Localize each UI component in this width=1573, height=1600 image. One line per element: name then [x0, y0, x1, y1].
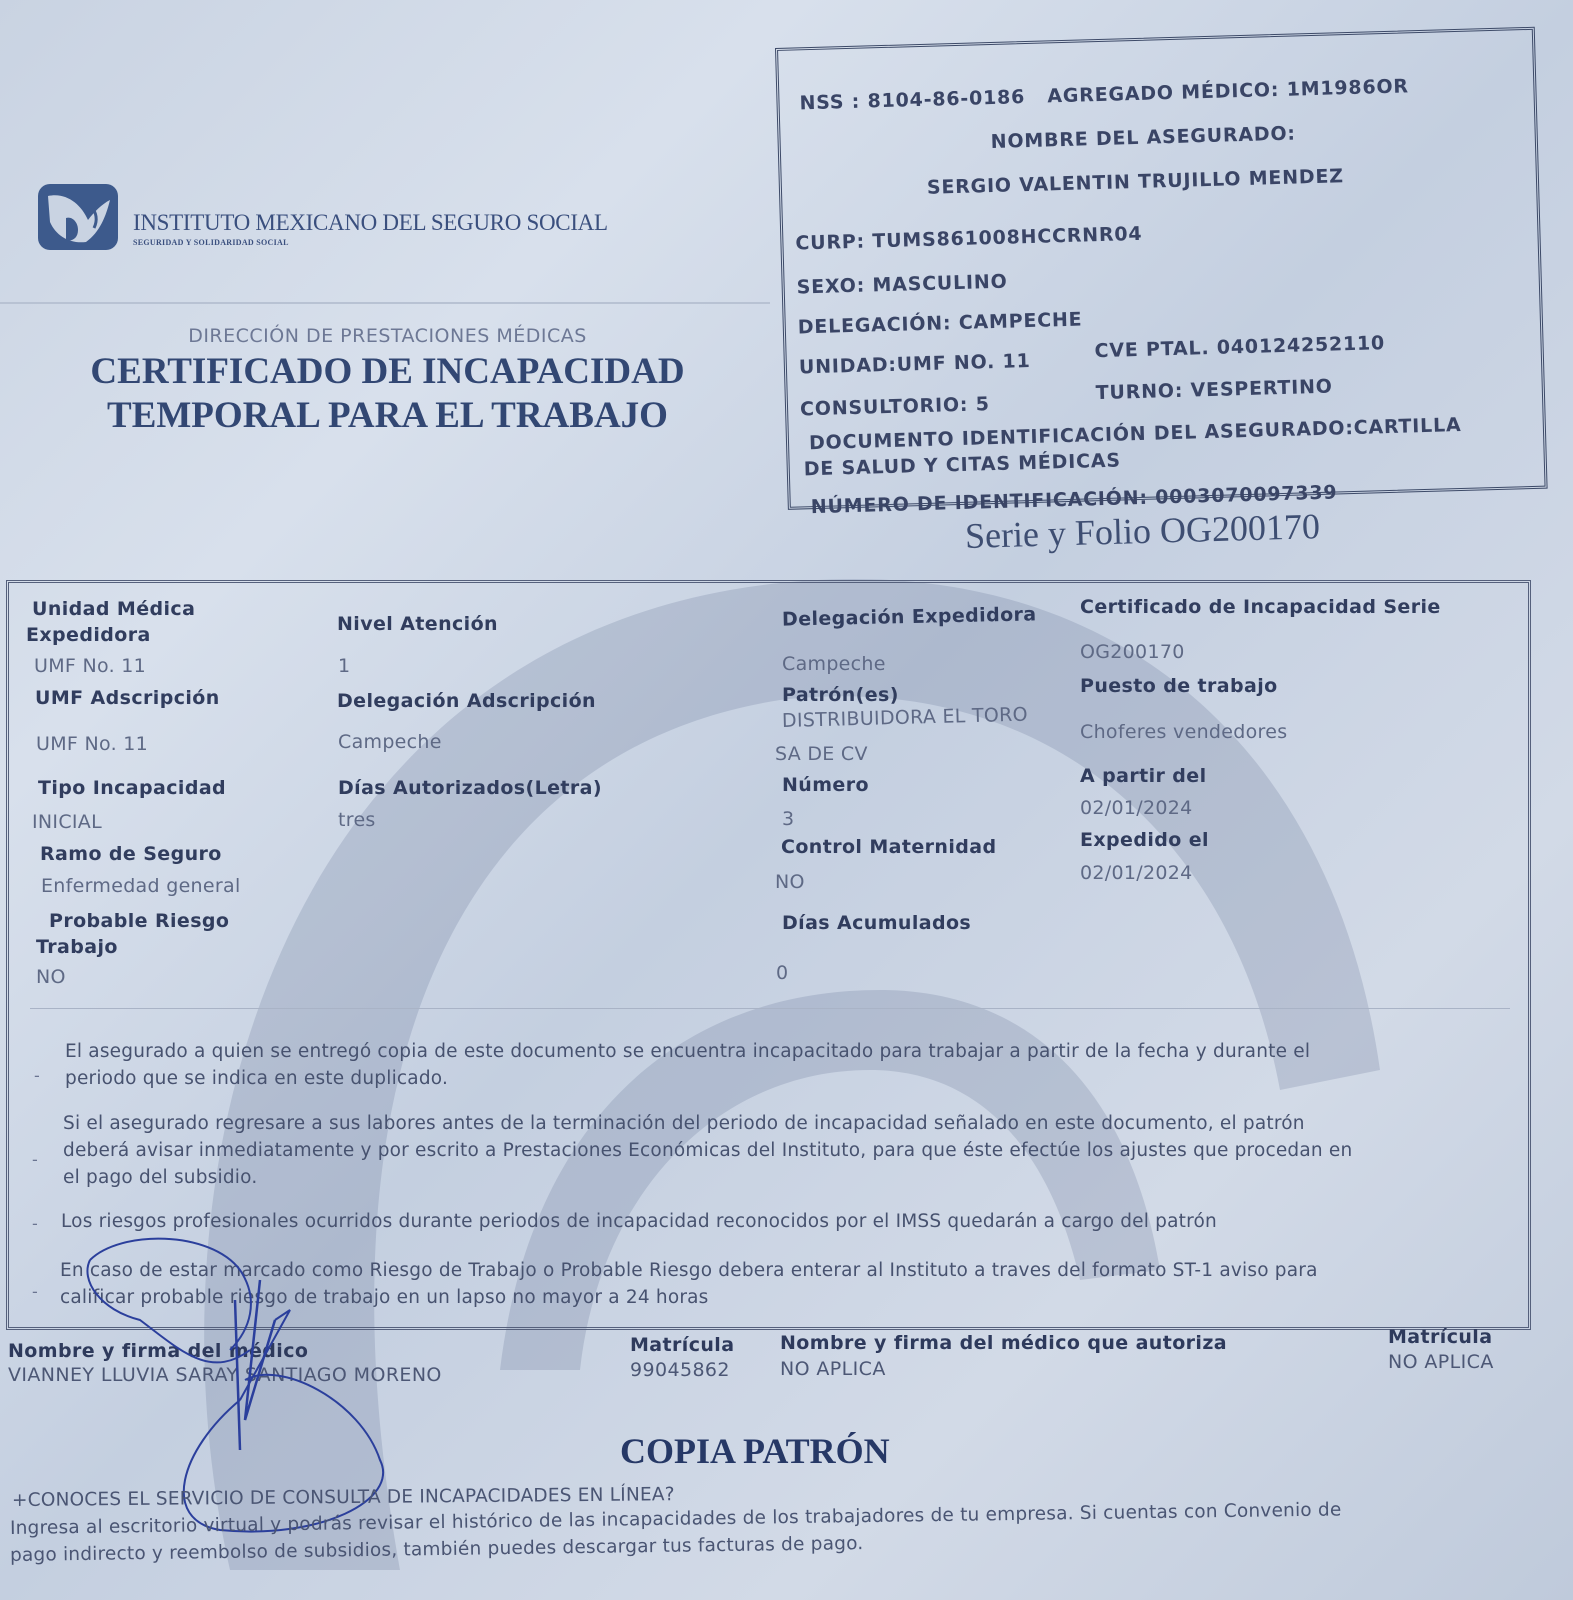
- consultorio-value: 5: [975, 393, 990, 415]
- note-3: Los riesgos profesionales ocurridos dura…: [61, 1208, 1217, 1235]
- nss-value: 8104-86-0186: [867, 86, 1025, 112]
- numero-value: 3: [782, 808, 794, 830]
- certificate-title-line2: TEMPORAL PARA EL TRABAJO: [0, 394, 775, 438]
- note-bullet: -: [32, 1150, 38, 1169]
- unidad-medica-expedidora-label: Unidad Médica Expedidora: [32, 596, 195, 648]
- control-maternidad-value: NO: [775, 871, 805, 893]
- certificate-title-line1: CERTIFICADO DE INCAPACIDAD: [0, 350, 775, 394]
- dias-acumulados-label: Días Acumulados: [782, 912, 971, 934]
- note-2: Si el asegurado regresare a sus labores …: [63, 1110, 1352, 1191]
- curp-row: CURP: TUMS861008HCCRNR04: [795, 223, 1143, 255]
- delegacion-expedidora-value: Campeche: [782, 653, 886, 675]
- direccion-heading: DIRECCIÓN DE PRESTACIONES MÉDICAS: [0, 325, 775, 347]
- nivel-atencion-label: Nivel Atención: [337, 613, 498, 635]
- medico-name: VIANNEY LLUVIA SARAY SANTIAGO MORENO: [8, 1364, 442, 1386]
- note-bullet: -: [32, 1282, 38, 1301]
- note-1: El asegurado a quien se entregó copia de…: [65, 1038, 1310, 1092]
- certificate-title: CERTIFICADO DE INCAPACIDAD TEMPORAL PARA…: [0, 350, 775, 438]
- matricula-label: Matrícula: [630, 1334, 734, 1356]
- tipo-incapacidad-label: Tipo Incapacidad: [38, 777, 226, 799]
- note-4: En caso de estar marcado como Riesgo de …: [60, 1257, 1318, 1311]
- documento-id-line1: DOCUMENTO IDENTIFICACIÓN DEL ASEGURADO:C…: [809, 414, 1462, 454]
- medico-autoriza-label: Nombre y firma del médico que autoriza: [780, 1332, 1227, 1354]
- control-maternidad-label: Control Maternidad: [781, 836, 997, 858]
- curp-value: TUMS861008HCCRNR04: [872, 223, 1143, 253]
- ramo-seguro-value: Enfermedad general: [41, 875, 241, 897]
- consultorio-row: CONSULTORIO: 5: [800, 393, 990, 420]
- ramo-seguro-label: Ramo de Seguro: [40, 843, 222, 865]
- a-partir-del-value: 02/01/2024: [1080, 797, 1193, 819]
- medico-label: Nombre y firma del médico: [8, 1340, 308, 1362]
- a-partir-del-label: A partir del: [1080, 765, 1207, 787]
- patient-info-box: NSS : 8104-86-0186 AGREGADO MÉDICO: 1M19…: [775, 27, 1548, 510]
- unidad-row: UNIDAD:UMF NO. 11: [799, 350, 1031, 378]
- probable-riesgo-value: NO: [36, 966, 66, 988]
- serie-folio: Serie y Folio OG200170: [964, 505, 1320, 557]
- numero-label: Número: [782, 774, 869, 796]
- nivel-atencion-value: 1: [338, 655, 350, 677]
- note-bullet: -: [34, 1066, 40, 1085]
- matricula-autoriza-value: NO APLICA: [1388, 1351, 1494, 1373]
- puesto-trabajo-label: Puesto de trabajo: [1080, 675, 1278, 697]
- delegacion-adscripcion-value: Campeche: [338, 731, 442, 753]
- turno-row: TURNO: VESPERTINO: [1095, 376, 1333, 405]
- matricula-autoriza-label: Matrícula: [1388, 1326, 1492, 1348]
- dias-autorizados-value: tres: [338, 809, 376, 831]
- turno-value: VESPERTINO: [1190, 376, 1333, 402]
- patient-name: SERGIO VALENTIN TRUJILLO MENDEZ: [927, 165, 1344, 199]
- documento-id-line2: DE SALUD Y CITAS MÉDICAS: [803, 450, 1121, 481]
- agregado-value: 1M1986OR: [1286, 75, 1409, 100]
- umf-adscripcion-value: UMF No. 11: [36, 733, 148, 755]
- probable-riesgo-label: Probable Riesgo Trabajo: [36, 908, 229, 960]
- expedido-el-value: 02/01/2024: [1080, 862, 1193, 884]
- delegacion-adscripcion-label: Delegación Adscripción: [337, 690, 596, 712]
- dias-acumulados-value: 0: [776, 962, 788, 984]
- tipo-incapacidad-value: INICIAL: [32, 811, 102, 833]
- delegacion-value: CAMPECHE: [958, 309, 1082, 334]
- sexo-row: SEXO: MASCULINO: [796, 271, 1007, 299]
- institution-tagline: SEGURIDAD Y SOLIDARIDAD SOCIAL: [133, 238, 289, 247]
- expedido-el-label: Expedido el: [1080, 829, 1209, 851]
- matricula-value: 99045862: [630, 1359, 730, 1381]
- dias-autorizados-label: Días Autorizados(Letra): [338, 777, 602, 799]
- patrones-value-line2: SA DE CV: [775, 743, 868, 765]
- header-divider: [0, 302, 770, 304]
- imss-logo-icon: [36, 182, 120, 252]
- cve-ptal-row: CVE PTAL. 040124252110: [1094, 332, 1385, 362]
- institution-name: INSTITUTO MEXICANO DEL SEGURO SOCIAL: [133, 210, 608, 236]
- sexo-value: MASCULINO: [872, 271, 1008, 297]
- copia-patron-label: COPIA PATRÓN: [620, 1430, 890, 1472]
- footer-line3: pago indirecto y reembolso de subsidios,…: [10, 1533, 864, 1566]
- footer-question: +CONOCES EL SERVICIO DE CONSULTA DE INCA…: [12, 1484, 675, 1511]
- unidad-medica-expedidora-value: UMF No. 11: [34, 655, 146, 677]
- puesto-trabajo-value: Choferes vendedores: [1080, 721, 1287, 743]
- patrones-label: Patrón(es): [782, 684, 899, 706]
- medico-autoriza-value: NO APLICA: [780, 1358, 886, 1380]
- umf-adscripcion-label: UMF Adscripción: [35, 687, 220, 709]
- note-bullet: -: [32, 1214, 38, 1233]
- delegacion-row: DELEGACIÓN: CAMPECHE: [798, 309, 1083, 339]
- certificado-serie-label: Certificado de Incapacidad Serie: [1080, 596, 1441, 618]
- unidad-value: UMF NO. 11: [896, 350, 1030, 376]
- nombre-label: NOMBRE DEL ASEGURADO:: [990, 122, 1296, 153]
- form-divider: [30, 1008, 1510, 1009]
- certificado-serie-value: OG200170: [1080, 641, 1185, 663]
- cve-ptal-value: 040124252110: [1217, 332, 1386, 359]
- nss-row: NSS : 8104-86-0186 AGREGADO MÉDICO: 1M19…: [799, 75, 1409, 114]
